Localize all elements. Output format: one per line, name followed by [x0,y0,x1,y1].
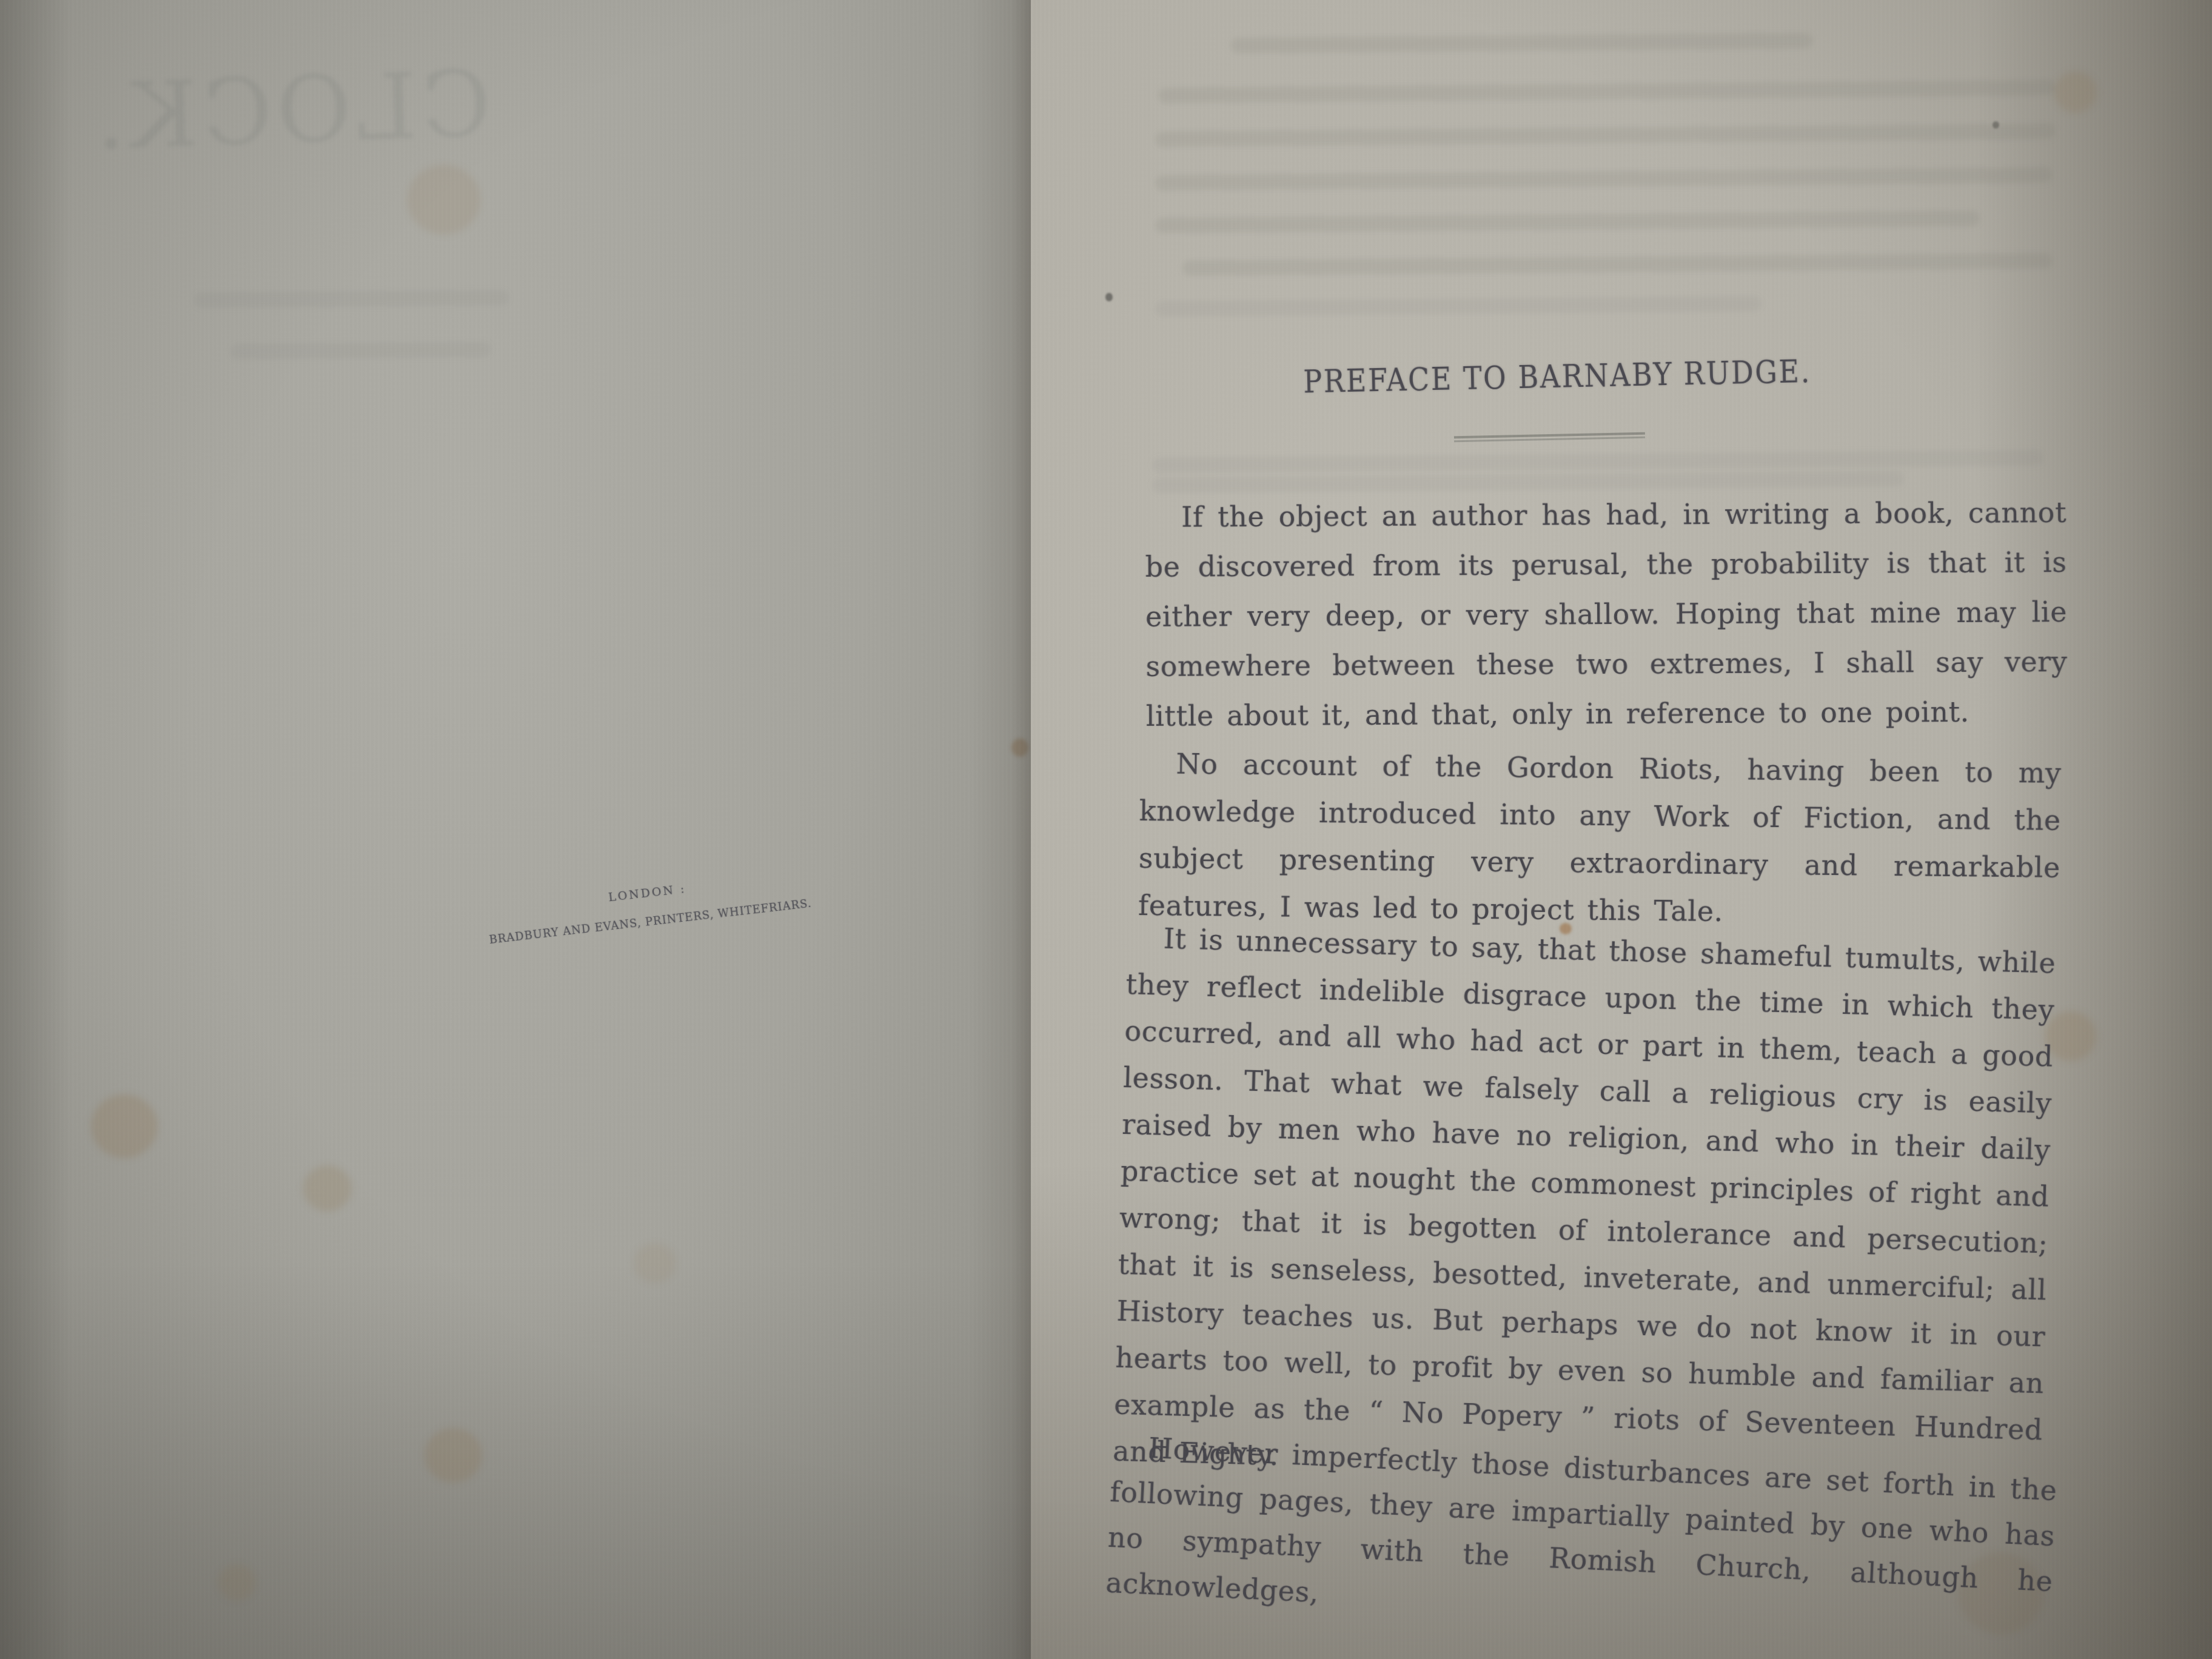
foxing-spot [91,1094,158,1158]
foxing-spot [218,1564,256,1601]
ghost-text-line [1155,167,2053,191]
ghost-text-line [1182,253,2053,276]
book-photo: CLOCK. LONDON : BRADBURY AND EVANS, PRIN… [0,0,2212,1659]
foxing-spot [407,165,480,235]
foxing-spot [2054,72,2097,113]
preface-paragraph-2: No account of the Gordon Riots, having b… [1138,740,2062,939]
ghost-text-line [1158,80,2056,104]
foxing-spot [634,1243,676,1283]
ghost-text-line [1152,450,2043,474]
foxing-spot [424,1428,482,1483]
ghost-text-line [1155,124,2056,147]
foxing-spot [303,1165,352,1212]
ink-speck [1105,293,1113,301]
printer-imprint: LONDON : BRADBURY AND EVANS, PRINTERS, W… [423,861,874,953]
imprint-printer: BRADBURY AND EVANS, PRINTERS, WHITEFRIAR… [427,890,874,954]
ghost-text-line [1155,210,1980,233]
preface-paragraph-3: It is unnecessary to say, that those sha… [1112,914,2056,1500]
ink-speck [1992,121,1999,129]
ghost-text-line [230,341,491,360]
ghost-showthrough-title: CLOCK. [89,52,493,171]
left-page: CLOCK. LONDON : BRADBURY AND EVANS, PRIN… [0,0,1031,1659]
preface-paragraph-1: If the object an author has had, in writ… [1145,488,2068,741]
ghost-text-line [194,290,509,309]
ghost-text-line [1231,33,1813,53]
ghost-text-line [1155,296,1761,317]
